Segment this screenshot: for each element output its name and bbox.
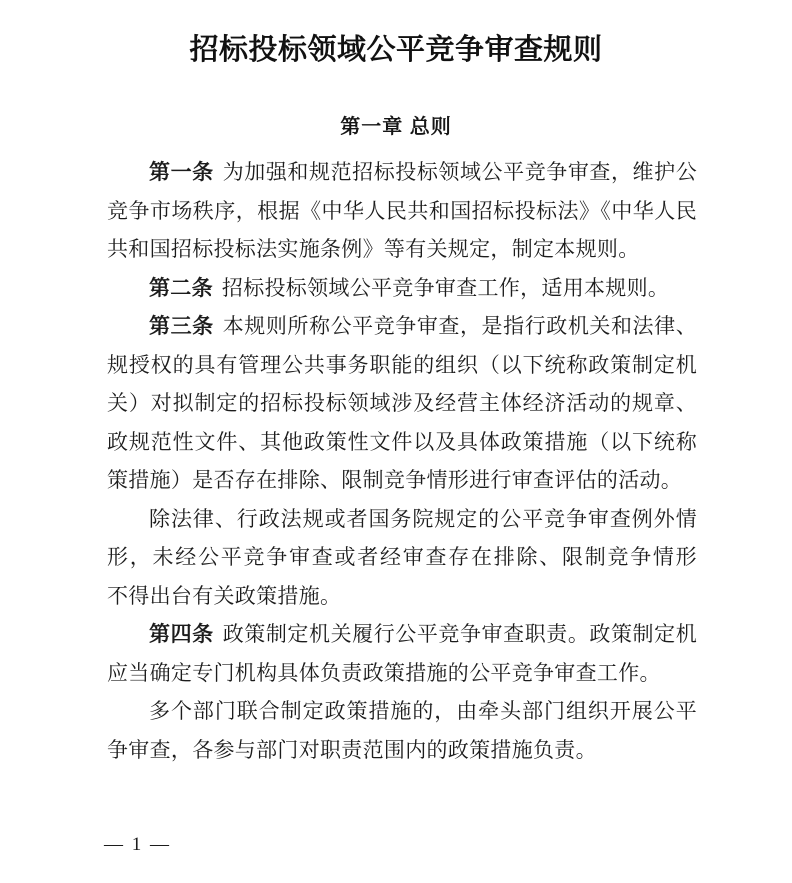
paragraph: 第四条政策制定机关履行公平竞争审查职责。政策制定机关 应当确定专门机构具体负责政… — [107, 615, 697, 692]
line-text: 招标投标领域公平竞争审查工作，适用本规则。 — [222, 276, 669, 300]
paragraph-line: 第一条为加强和规范招标投标领域公平竞争审查，维护公平 — [107, 153, 697, 192]
paragraph-line: 除法律、行政法规或者国务院规定的公平竞争审查例外情 — [107, 500, 697, 539]
paragraph-line: 规授权的具有管理公共事务职能的组织（以下统称政策制定机 — [107, 346, 697, 385]
paragraph-line: 策措施）是否存在排除、限制竞争情形进行审查评估的活动。 — [107, 461, 697, 500]
document-body: 第一条为加强和规范招标投标领域公平竞争审查，维护公平 竞争市场秩序，根据《中华人… — [107, 153, 697, 769]
article-number: 第四条 — [149, 622, 214, 646]
paragraph: 第二条招标投标领域公平竞争审查工作，适用本规则。 — [107, 269, 697, 308]
article-number: 第一条 — [149, 160, 214, 184]
paragraph: 第一条为加强和规范招标投标领域公平竞争审查，维护公平 竞争市场秩序，根据《中华人… — [107, 153, 697, 269]
paragraph-line: 应当确定专门机构具体负责政策措施的公平竞争审查工作。 — [107, 654, 697, 693]
article-number: 第二条 — [149, 276, 213, 300]
line-text: 政策制定机关履行公平竞争审查职责。政策制定机关 — [149, 622, 697, 654]
line-text: 为加强和规范招标投标领域公平竞争审查，维护公平 — [149, 160, 697, 192]
paragraph-line: 政规范性文件、其他政策性文件以及具体政策措施（以下统称政 — [107, 423, 697, 462]
paragraph-line: 第三条本规则所称公平竞争审查，是指行政机关和法律、法 — [107, 307, 697, 346]
paragraph-line: 多个部门联合制定政策措施的，由牵头部门组织开展公平竞 — [107, 692, 697, 731]
paragraph-line: 共和国招标投标法实施条例》等有关规定，制定本规则。 — [107, 230, 697, 269]
page-number: — 1 — — [104, 833, 171, 857]
paragraph-line: 形，未经公平竞争审查或者经审查存在排除、限制竞争情形的， — [107, 538, 697, 577]
document-page: 招标投标领域公平竞争审查规则 第一章 总则 第一条为加强和规范招标投标领域公平竞… — [0, 0, 792, 883]
article-number: 第三条 — [149, 314, 214, 338]
paragraph-line: 竞争市场秩序，根据《中华人民共和国招标投标法》《中华人民 — [107, 192, 697, 231]
paragraph-line: 第四条政策制定机关履行公平竞争审查职责。政策制定机关 — [107, 615, 697, 654]
line-text: 本规则所称公平竞争审查，是指行政机关和法律、法 — [149, 314, 697, 346]
paragraph-line: 不得出台有关政策措施。 — [107, 577, 697, 616]
paragraph-line: 争审查，各参与部门对职责范围内的政策措施负责。 — [107, 731, 697, 770]
paragraph: 多个部门联合制定政策措施的，由牵头部门组织开展公平竞 争审查，各参与部门对职责范… — [107, 692, 697, 769]
paragraph: 除法律、行政法规或者国务院规定的公平竞争审查例外情 形，未经公平竞争审查或者经审… — [107, 500, 697, 616]
paragraph-line: 第二条招标投标领域公平竞争审查工作，适用本规则。 — [107, 269, 697, 308]
paragraph: 第三条本规则所称公平竞争审查，是指行政机关和法律、法 规授权的具有管理公共事务职… — [107, 307, 697, 500]
chapter-heading: 第一章 总则 — [0, 112, 792, 142]
paragraph-line: 关）对拟制定的招标投标领域涉及经营主体经济活动的规章、行 — [107, 384, 697, 423]
document-title: 招标投标领域公平竞争审查规则 — [0, 28, 792, 72]
